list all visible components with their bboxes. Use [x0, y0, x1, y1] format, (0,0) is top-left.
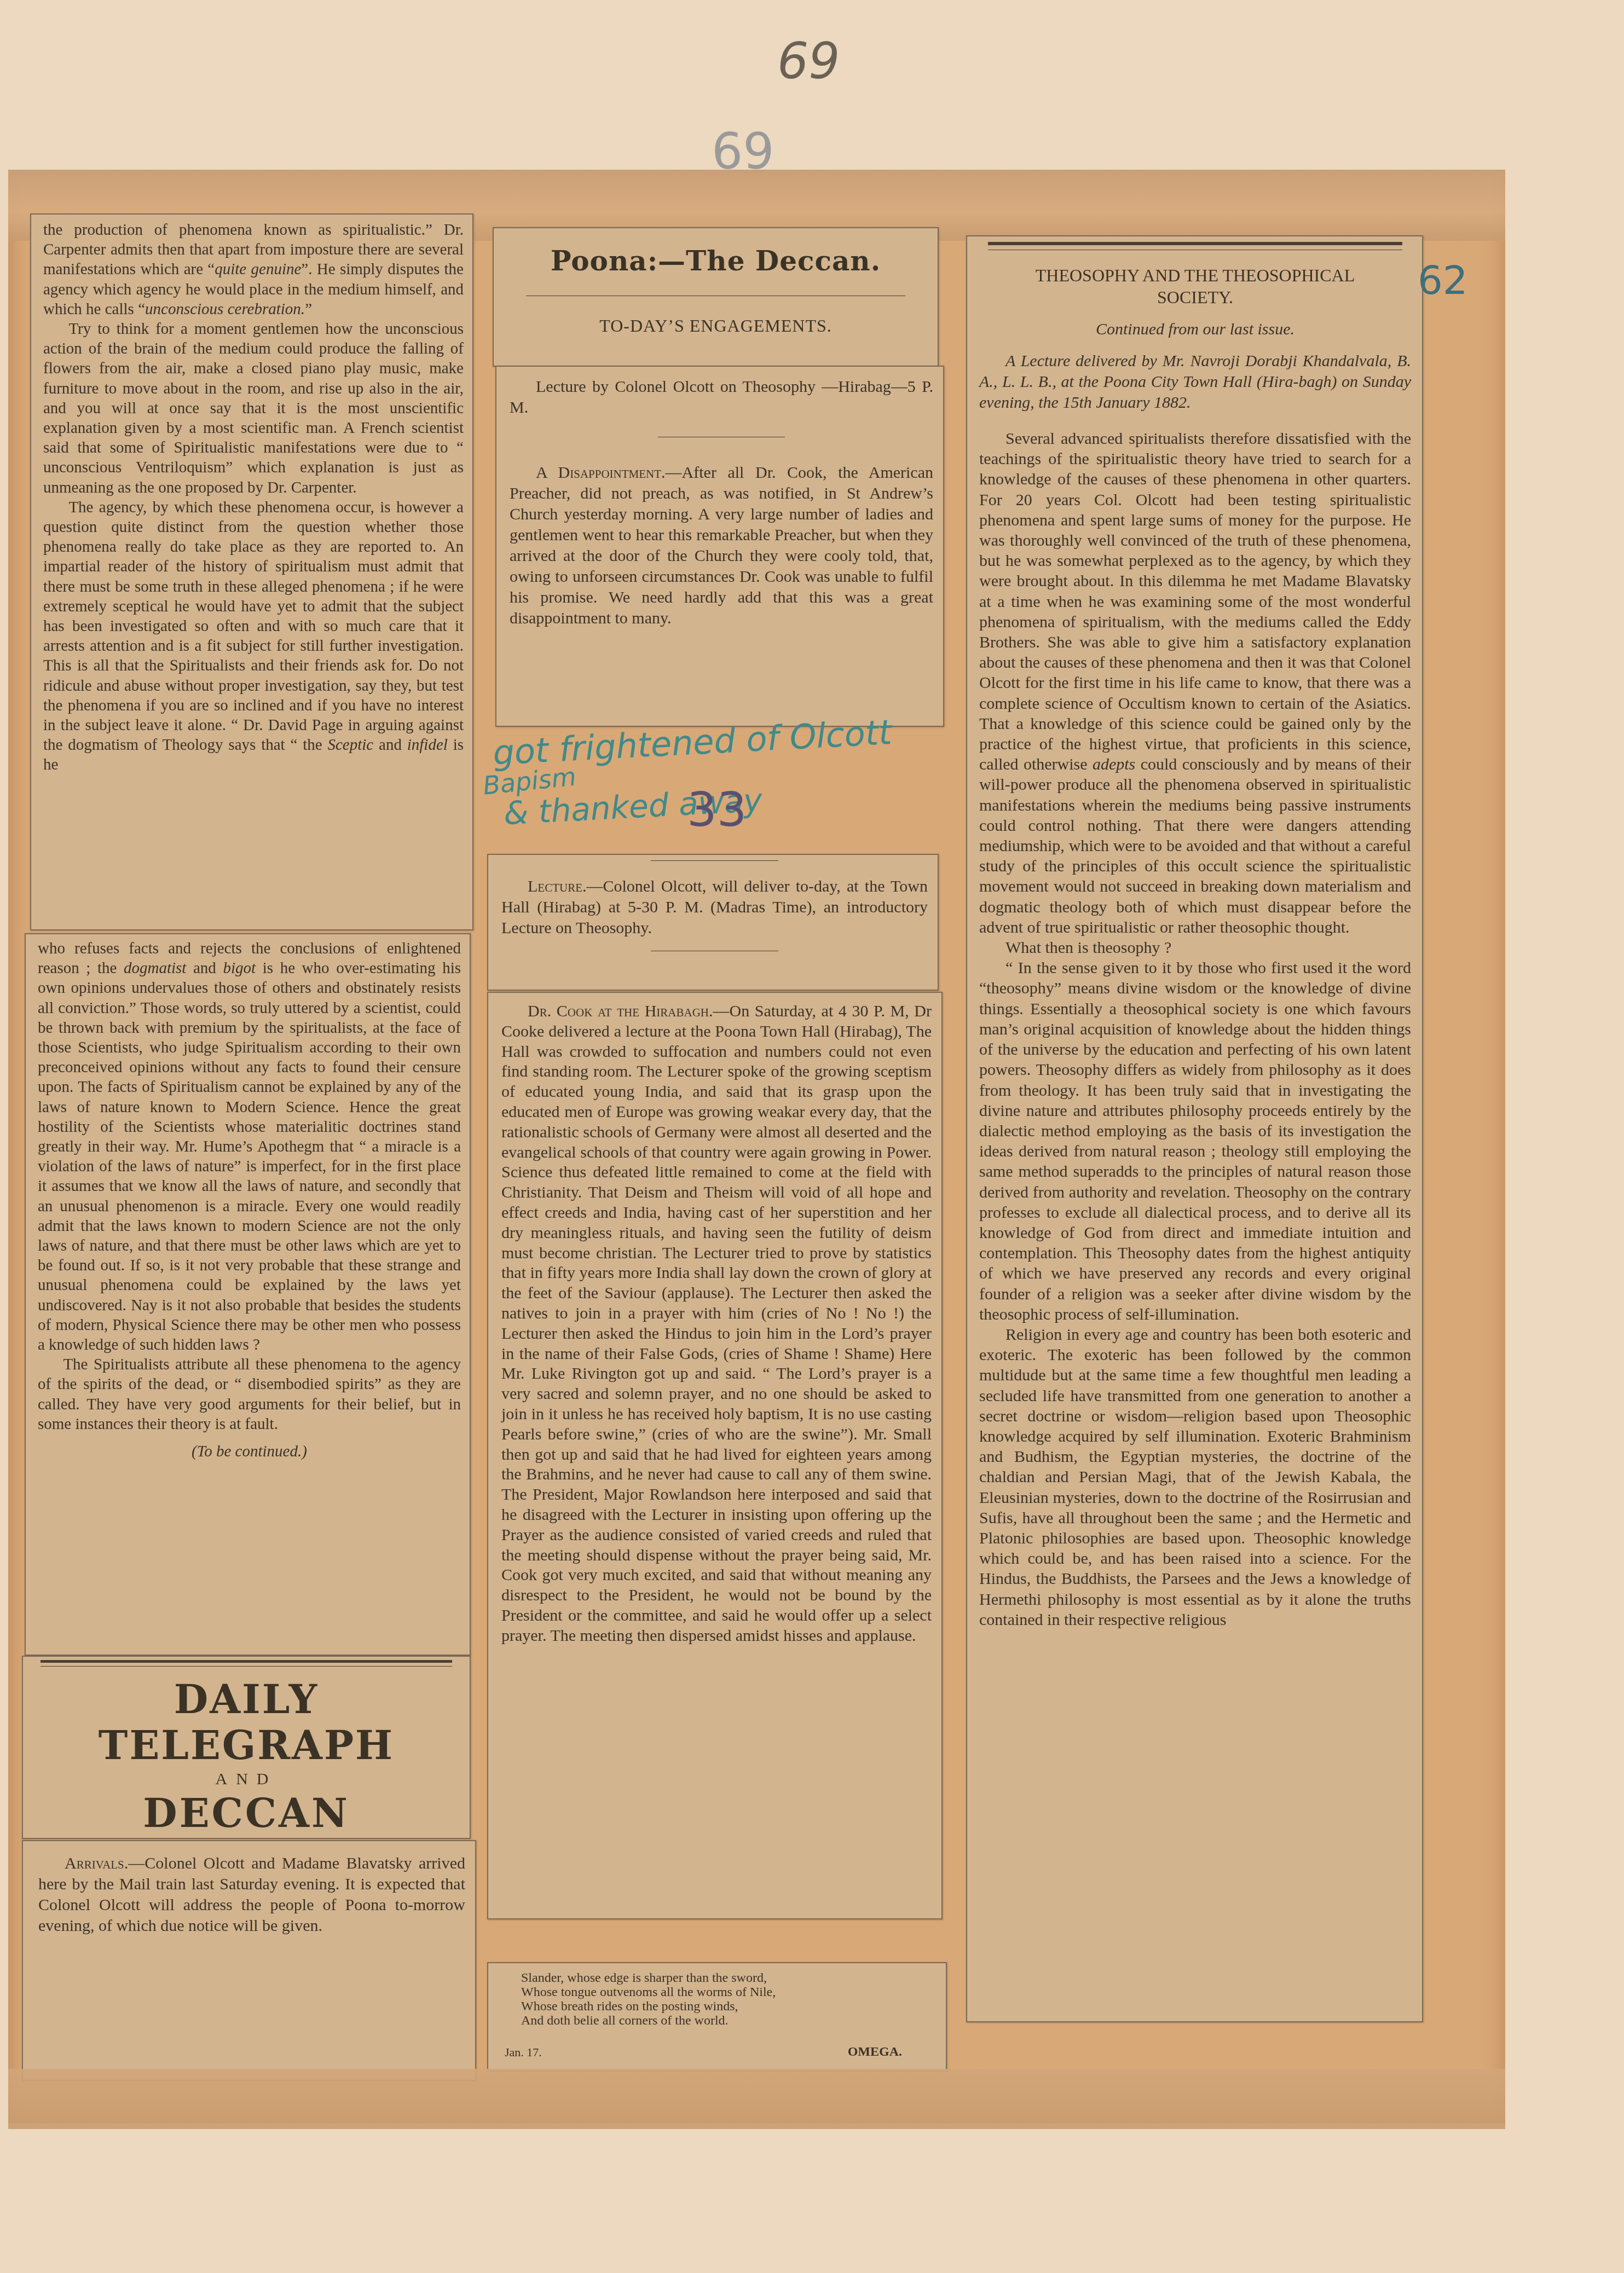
arrivals-clipping: Arrivals.—Colonel Olcott and Madame Blav…	[22, 1840, 476, 2081]
paragraph: Religion in every age and country has be…	[979, 1325, 1411, 1630]
disappointment-text: A Disappointment.—After all Dr. Cook, th…	[510, 462, 933, 629]
poem-line: Whose tongue outvenoms all the worms of …	[521, 1985, 924, 1999]
paragraph: Try to think for a moment gentlemen how …	[43, 319, 464, 498]
rule	[41, 1660, 453, 1663]
italic-text: quite genuine	[215, 261, 301, 278]
rule	[526, 296, 906, 296]
handwritten-number-33: 33	[687, 783, 747, 837]
slander-poem-clipping: Slander, whose edge is sharper than the …	[487, 1962, 947, 2072]
dr-cook-body: —On Saturday, at 4 30 P. M, Dr Cooke del…	[501, 1002, 932, 1645]
engagements-title: TO-DAY’S ENGAGEMENTS.	[505, 316, 927, 336]
text: and	[373, 736, 407, 754]
italic-text: unconscious cerebration.	[145, 300, 305, 318]
lecture-heading: Lecture.	[528, 877, 587, 895]
left-article-text-1: the production of phenomena known as spi…	[43, 220, 464, 775]
rule	[988, 242, 1402, 245]
poona-deccan-masthead: Poona:—The Deccan. TO-DAY’S ENGAGEMENTS.	[493, 227, 939, 367]
text: ”	[305, 300, 312, 318]
italic-text: Sceptic	[327, 736, 373, 754]
paragraph: The Spiritualists attribute all these ph…	[38, 1355, 461, 1434]
theosophy-title-line1: THEOSOPHY AND THE THEOSOPHICAL	[979, 264, 1411, 286]
poem-line: Slander, whose edge is sharper than the …	[521, 1971, 924, 1985]
rule	[651, 860, 779, 861]
engagement-item-wrap: Lecture by Colonel Olcott on Theosophy —…	[510, 377, 933, 418]
theosophy-text: Several advanced spiritualists therefore…	[979, 429, 1411, 1630]
masthead-daily-telegraph: DAILY TELEGRAPH AND DECCAN HERALD MONDAY…	[22, 1656, 471, 1839]
text: is he who over-estimating his own opinio…	[38, 959, 461, 1354]
left-article-clipping-2: who refuses facts and rejects the conclu…	[25, 933, 471, 1656]
lecture-text: Lecture.—Colonel Olcott, will deliver to…	[501, 876, 928, 939]
theosophy-title-line2: SOCIETY.	[979, 286, 1411, 308]
italic-text: infidel	[407, 736, 448, 754]
left-article-clipping-1: the production of phenomena known as spi…	[30, 213, 473, 930]
text: and	[186, 959, 223, 977]
theosophy-clipping: THEOSOPHY AND THE THEOSOPHICAL SOCIETY. …	[966, 235, 1423, 2022]
paragraph: “ In the sense given to it by those who …	[979, 958, 1411, 1325]
disappointment-clipping: Lecture by Colonel Olcott on Theosophy —…	[495, 366, 944, 727]
dr-cook-text: Dr. Cook at the Hirabagh.—On Saturday, a…	[501, 1002, 932, 1646]
tape-bottom	[8, 2069, 1505, 2129]
arrivals-heading: Arrivals.	[65, 1854, 128, 1872]
continued-note: Continued from our last issue.	[979, 320, 1411, 339]
poem: Slander, whose edge is sharper than the …	[521, 1971, 924, 2028]
dr-cook-clipping: Dr. Cook at the Hirabagh.—On Saturday, a…	[487, 992, 943, 1919]
text: The agency, by which these phenomena occ…	[43, 499, 464, 754]
poem-line: Whose breath rides on the posting winds,	[521, 1999, 924, 2014]
byline-wrap: A Lecture delivered by Mr. Navroji Dorab…	[979, 351, 1411, 413]
poem-signature: OMEGA.	[848, 2045, 902, 2060]
page-number-top: 69	[777, 33, 840, 90]
disappointment-body: —After all Dr. Cook, the American Preach…	[510, 464, 933, 627]
italic-text: dogmatist	[124, 959, 186, 977]
poona-masthead-title: Poona:—The Deccan.	[505, 245, 927, 277]
disappointment-heading: A Disappointment.	[536, 464, 666, 482]
text: Several advanced spiritualists therefore…	[979, 430, 1411, 773]
to-be-continued: (To be continued.)	[38, 1442, 461, 1461]
left-article-text-2: who refuses facts and rejects the conclu…	[38, 939, 461, 1461]
masthead-title-line1: DAILY TELEGRAPH	[32, 1676, 461, 1768]
italic-text: adepts	[1093, 755, 1135, 773]
lecture-clipping: Lecture.—Colonel Olcott, will deliver to…	[487, 854, 939, 991]
text: could consciously and by means of their …	[979, 755, 1411, 936]
rule	[658, 437, 785, 437]
handwritten-number-62: 62	[1418, 257, 1468, 303]
masthead-title-line2: AND	[32, 1768, 461, 1790]
question: What then is theosophy ?	[979, 938, 1411, 958]
engagement-item: Lecture by Colonel Olcott on Theosophy —…	[510, 377, 933, 418]
rule	[41, 1666, 453, 1667]
rule	[651, 951, 779, 951]
italic-text: bigot	[223, 959, 256, 977]
arrivals-text: Arrivals.—Colonel Olcott and Madame Blav…	[38, 1853, 465, 1936]
poem-line: And doth belie all corners of the world.	[521, 2014, 924, 2028]
poem-date: Jan. 17.	[505, 2045, 542, 2060]
rule	[988, 250, 1402, 250]
dr-cook-heading: Dr. Cook at the Hirabagh.	[528, 1002, 713, 1020]
byline: A Lecture delivered by Mr. Navroji Dorab…	[979, 351, 1411, 413]
paragraph: The agency, by which these phenomena occ…	[43, 498, 464, 775]
